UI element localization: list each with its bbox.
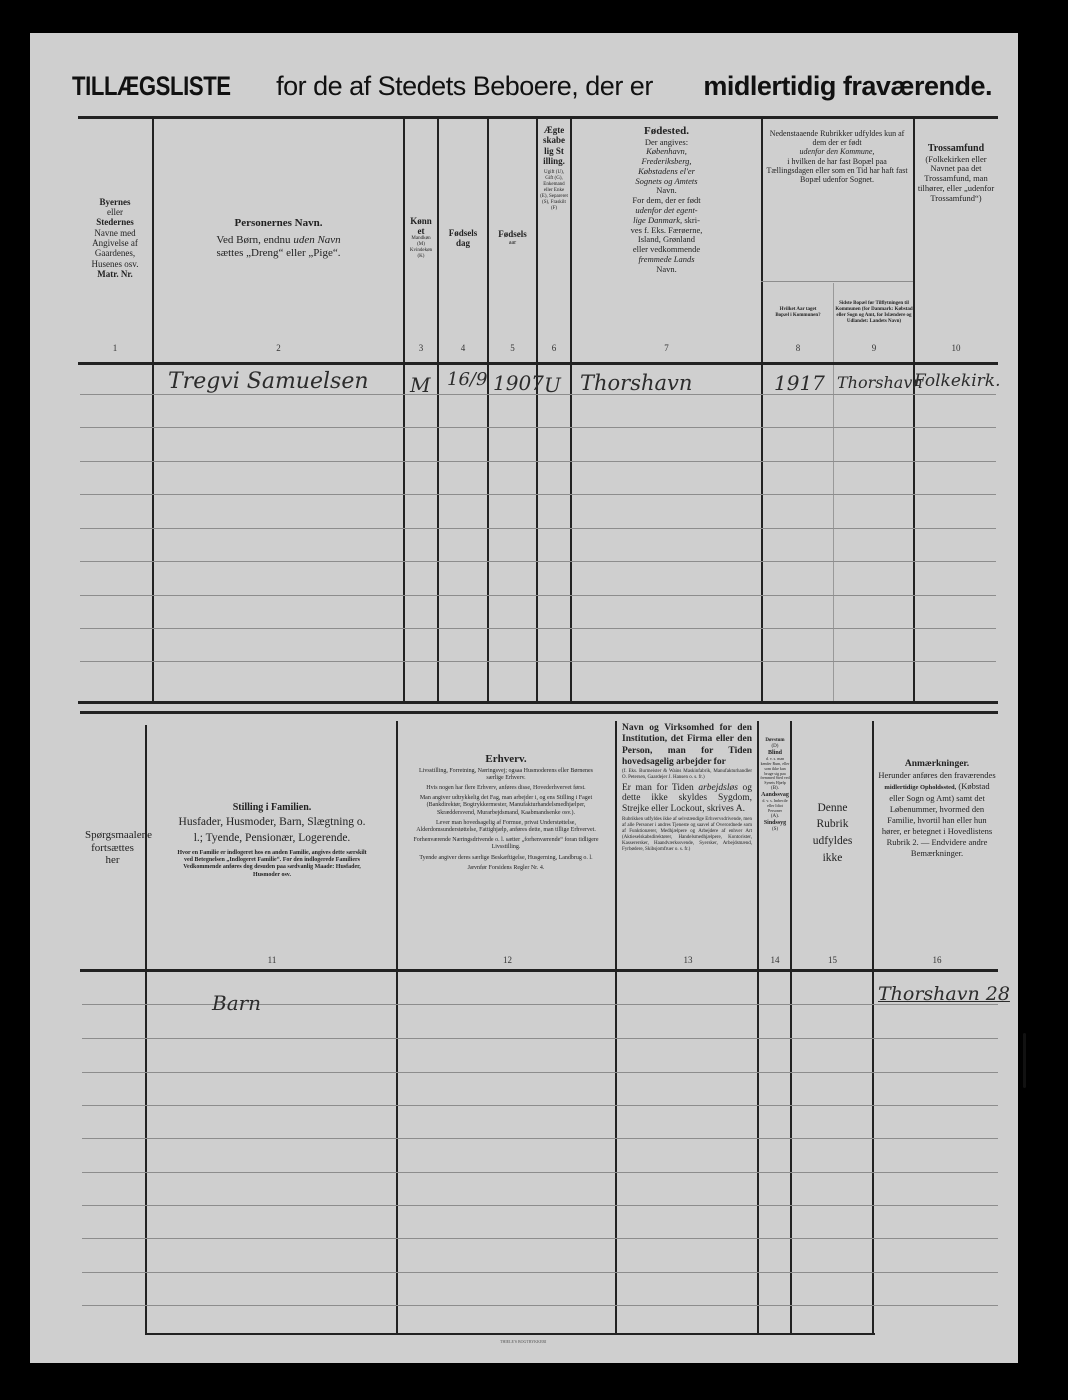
col-number: 6 (538, 343, 570, 353)
col-number: 7 (572, 343, 761, 353)
col1-heading3: Matr. Nr. (97, 269, 133, 279)
col4-header: Fødselsdag (439, 123, 487, 353)
col2-header: Personernes Navn. Ved Børn, endnu uden N… (154, 123, 403, 353)
col14-line: d. v. s. man kender Rum, eller som ikke … (760, 757, 790, 786)
divider (761, 281, 913, 282)
col-number: 10 (915, 343, 997, 353)
col8-header: Hvilket Aar taget Bopæl i Kommunen? (765, 285, 831, 340)
religion: Folkekirk. (914, 371, 1000, 391)
birth-year: 1907 (493, 371, 544, 395)
col2-note-italic: uden Navn (293, 234, 340, 246)
row-rule (80, 628, 996, 629)
sex: M (410, 373, 430, 397)
divider (833, 283, 834, 701)
col7-line: Navn. (656, 265, 677, 275)
col11-header: Stilling i Familien. Husfader, Husmoder,… (148, 733, 396, 948)
divider (757, 721, 759, 1333)
form-title: TILLÆGSLISTE for de af Stedets Beboere, … (72, 71, 992, 111)
col12-para: Tyende angiver deres særlige Beskæftigel… (411, 855, 601, 862)
col15-text: Denne Rubrik udfyldes ikke (805, 800, 860, 867)
group-heading-text: Nedenstaaende Rubrikker udfyldes kun af … (765, 129, 909, 147)
col7-header: Fødested. Der angives: København, Freder… (572, 125, 761, 325)
col6-header: Ægteskabelig Stilling. Ugift (U), Gift (… (538, 125, 570, 340)
col13-heading: Navn og Virksomhed for den Institution, … (622, 723, 752, 769)
col12-para: Hvis nogen har flere Erhverv, anføres di… (411, 785, 601, 792)
row-rule (82, 1072, 998, 1073)
col16-body: Herunder anføres den fraværendes midlert… (878, 770, 996, 859)
census-form-page: TILLÆGSLISTE for de af Stedets Beboere, … (30, 33, 1018, 1363)
col12-header: Erhverv. Livsstilling, Forretning, Nærin… (400, 753, 612, 953)
binding-mark (1023, 1033, 1026, 1088)
col13-header: Navn og Virksomhed for den Institution, … (619, 723, 755, 953)
row-rule (82, 1105, 998, 1106)
col13-note: Rubrikken udfyldes ikke af selvstændige … (622, 817, 752, 853)
row-rule (82, 1305, 998, 1306)
col16-header: Anmærkninger. Herunder anføres den fravæ… (876, 758, 998, 918)
row-rule (80, 561, 996, 562)
col15-header: Denne Rubrik udfyldes ikke (793, 733, 872, 933)
col2-note-text: Ved Børn, endnu (216, 234, 290, 246)
col3-header: Kønnet Mandkøn (M) Kvindekøn (K) (405, 123, 437, 353)
col-number: 5 (489, 343, 536, 353)
remarks: Thorshavn 28 (878, 983, 1010, 1005)
col13-body-text: Er man for Tiden (622, 783, 694, 793)
col12-para: Livsstilling, Forretning, Næringsvej; og… (411, 768, 601, 782)
col1-line: Navne med (94, 228, 135, 238)
col-number: 4 (439, 343, 487, 353)
col1-line: Angivelse af (92, 238, 138, 248)
col2-heading: Personernes Navn. (235, 217, 323, 230)
row-rule (82, 1238, 998, 1239)
divider (396, 721, 398, 1333)
col14-line: (S) (772, 827, 778, 833)
col16-body-text2: (Købstad eller Sogn og Amt) samt det Løb… (882, 781, 992, 858)
col16-body-bold: midlertidige Opholdssted, (884, 784, 956, 791)
col2-note: Ved Børn, endnu uden Navn (216, 234, 340, 247)
group-heading-rest: i hvilken de har fast Bopæl paa Tællings… (765, 157, 909, 185)
header-rule (78, 362, 998, 365)
marital-status: U (544, 373, 561, 397)
col12-para: Forhenværende Næringsdrivende o. l. sætt… (411, 837, 601, 851)
row-rule (82, 1138, 998, 1139)
family-position: Barn (212, 991, 261, 1015)
col14-line: Sindssyg (764, 820, 786, 827)
col-number: 16 (876, 955, 998, 965)
col10-heading: Trossamfund (928, 143, 984, 155)
col10-sub: (Folkekirken eller Navnet paa det Trossa… (915, 155, 997, 204)
row-rule (82, 1038, 998, 1039)
row-rule (82, 1272, 998, 1273)
col13-body-italic: arbejdsløs (698, 783, 738, 793)
col5-sub: aar (509, 240, 516, 247)
title-middle: for de af Stedets Beboere, der er (276, 71, 653, 102)
lower-header-rule (80, 969, 998, 972)
col10-header: Trossamfund (Folkekirken eller Navnet pa… (915, 143, 997, 293)
col-number: 14 (759, 955, 791, 965)
col-number: 13 (619, 955, 757, 965)
row-rule (80, 461, 996, 462)
col6-heading: Ægteskabelig Stilling. (543, 125, 565, 166)
col14-line: d. v. s. Imbecile eller Idiot Personer (760, 799, 790, 813)
col12-para: Man angiver udtrykkelig det Fag, man arb… (411, 795, 601, 817)
col7-italic: lige Danmark, (633, 215, 682, 225)
col11-heading: Stilling i Familien. (233, 802, 312, 814)
col1-heading2: Stedernes (96, 217, 134, 227)
col5-header: Fødsels aar (489, 123, 536, 353)
col3-heading: Kønnet (409, 216, 433, 237)
col-number: 2 (154, 343, 403, 353)
col4-heading: Fødselsdag (448, 228, 478, 249)
row-rule (80, 494, 996, 495)
col13-example: (f. Eks. Burmeister & Wains Maskinfabrik… (622, 769, 752, 781)
row-rule (80, 595, 996, 596)
col1-line: Husenes osv. (92, 259, 139, 269)
row-rule (80, 528, 996, 529)
col13-body: Er man for Tiden arbejdsløs og dette ikk… (622, 783, 752, 816)
row-rule (80, 427, 996, 428)
col1-heading: Byernes (100, 197, 131, 207)
person-name: Tregvi Samuelsen (168, 369, 369, 394)
col3-sub: Mandkøn (M) Kvindekøn (K) (407, 236, 435, 260)
col5-heading: Fødsels (498, 229, 528, 239)
col-number: 9 (835, 343, 913, 353)
continued-note: Spørgsmaalene fortsættes her (80, 733, 145, 963)
col1-header: Byernes eller Stedernes Navne med Angive… (78, 123, 152, 353)
col7-text: skri- (684, 215, 700, 225)
col11-body: Husfader, Husmoder, Barn, Slægtning o. l… (177, 814, 367, 847)
col12-para: Lever man hovedsagelig af Formue, privat… (411, 820, 601, 834)
divider (145, 725, 147, 1333)
col-number: 1 (78, 343, 152, 353)
lower-table-top-rule (80, 711, 998, 714)
continued-text: Spørgsmaalene fortsættes her (85, 829, 140, 867)
col9-heading: Sidste Bopæl før Tilflytningen til Kommu… (835, 301, 913, 325)
col14-header: Døvstum (D) Blind d. v. s. man kender Ru… (760, 738, 790, 948)
title-tillaegsliste: TILLÆGSLISTE (72, 71, 231, 102)
col2-note2: sættes „Dreng“ eller „Pige“. (216, 247, 340, 260)
title-rule (78, 116, 998, 119)
col16-body-text: Herunder anføres den fraværendes (878, 770, 995, 780)
col11-note: Hvor en Familie er indlogeret hos en and… (177, 850, 367, 879)
group-heading-italic: udenfor den Kommune, (800, 147, 875, 156)
col-number: 8 (763, 343, 833, 353)
printer-mark: THIELE'S BOGTRYKKERI (500, 1339, 546, 1344)
birth-day: 16/9 (447, 369, 487, 390)
year-moved: 1917 (774, 371, 825, 395)
col7-heading: Fødested. (644, 125, 689, 138)
col12-para: Jævnfør Forsidens Regler Nr. 4. (411, 865, 601, 872)
last-residence: Thorshavn (837, 373, 923, 392)
title-midlertidig: midlertidig fraværende. (703, 71, 992, 102)
lower-table-bottom-rule (145, 1333, 875, 1335)
col9-header: Sidste Bopæl før Tilflytningen til Kommu… (835, 285, 913, 340)
birthplace: Thorshavn (580, 371, 692, 395)
col6-sub: Ugift (U), Gift (G), Enkemand eller Enke… (540, 170, 568, 212)
col-number: 12 (400, 955, 615, 965)
col8-heading: Hvilket Aar taget Bopæl i Kommunen? (773, 307, 823, 319)
divider (615, 721, 617, 1333)
row-rule (82, 1205, 998, 1206)
col-number: 3 (405, 343, 437, 353)
col-number: 11 (148, 955, 396, 965)
col8-9-group-header: Nedenstaaende Rubrikker udfyldes kun af … (765, 129, 909, 279)
col1-line: eller (107, 207, 123, 217)
upper-table-bottom-rule (78, 701, 998, 704)
col12-heading: Erhverv. (485, 753, 526, 766)
col-number: 15 (793, 955, 872, 965)
row-rule (82, 1172, 998, 1173)
row-rule (80, 661, 996, 662)
divider (761, 119, 763, 701)
divider (872, 721, 874, 1333)
col1-line: Gaardenes, (95, 248, 135, 258)
divider (790, 721, 792, 1333)
col16-heading: Anmærkninger. (905, 758, 969, 770)
